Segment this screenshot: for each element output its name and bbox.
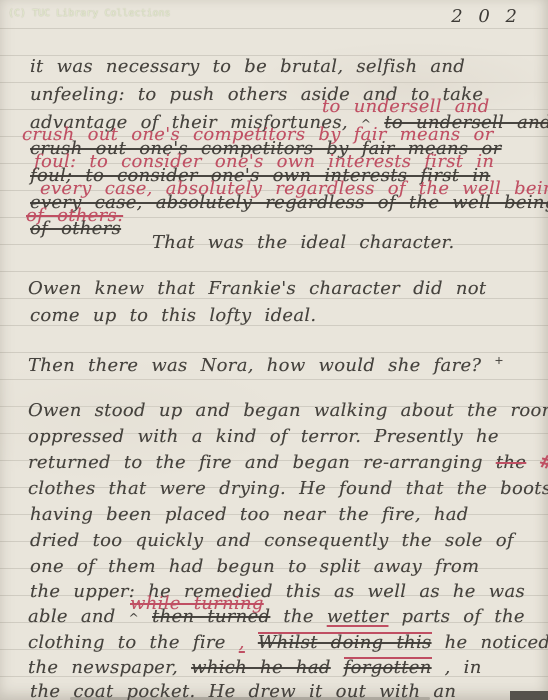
manuscript-line: the upper: he remedied this as well as h… (30, 581, 525, 602)
text-segment: + (494, 354, 504, 367)
text-segment: ^ (129, 611, 139, 625)
manuscript-line: Owen stood up and began walking about th… (28, 400, 548, 421)
text-segment: dried too quickly and consequently the s… (30, 530, 514, 551)
manuscript-line: having been placed too near the fire, ha… (30, 504, 469, 525)
text-segment: clothes that were drying. He found that … (28, 478, 548, 499)
text-segment: which he had (191, 657, 331, 678)
manuscript-line: returned to the fire and began re-arrang… (28, 452, 548, 473)
text-segment: of others (30, 218, 121, 239)
text-segment: Owen knew that Frankie's character did n… (28, 278, 486, 299)
text-segment: wetter (327, 606, 389, 627)
text-segment: Then there was Nora, how would she fare? (28, 355, 481, 376)
text-segment: oppressed with a kind of terror. Present… (28, 426, 499, 447)
text-segment: Owen stood up and began walking about th… (28, 400, 548, 421)
manuscript-page: (C) TUC Library Collections 2 0 2 it was… (0, 0, 548, 700)
text-segment: returned to the fire and began re-arrang… (28, 452, 483, 473)
text-segment: the newspaper, (28, 657, 178, 678)
manuscript-line: Then there was Nora, how would she fare?… (28, 350, 504, 376)
scan-corner-dark (510, 691, 548, 700)
text-segment: the upper: he remedied this as well as h… (30, 581, 525, 602)
manuscript-line: That was the ideal character. (152, 232, 454, 253)
text-segment: parts of the (401, 606, 524, 627)
manuscript-line: clothes that were drying. He found that … (28, 478, 548, 499)
manuscript-line: come up to this lofty ideal. (30, 305, 316, 326)
text-segment: Whilst doing this (258, 632, 432, 653)
text-segment: , in (445, 657, 482, 678)
text-segment: he noticed (445, 632, 548, 653)
text-segment: the (283, 606, 313, 627)
text-segment: come up to this lofty ideal. (30, 305, 316, 326)
text-segment: it was necessary to be brutal, selfish a… (30, 56, 465, 77)
text-segment: one of them had begun to split away from (30, 556, 479, 577)
manuscript-line: to undersell and (322, 96, 490, 117)
text-segment: That was the ideal character. (152, 232, 454, 253)
text-segment: clothing to the fire (28, 632, 226, 653)
manuscript-line: Owen knew that Frankie's character did n… (28, 278, 486, 299)
text-segment: able and (28, 606, 116, 627)
manuscript-line: it was necessary to be brutal, selfish a… (30, 56, 465, 77)
manuscript-line: the newspaper, which he had forgotten , … (28, 657, 482, 678)
text-segment: the (496, 452, 526, 473)
manuscript-line: oppressed with a kind of terror. Present… (28, 426, 499, 447)
manuscript-line: of others (30, 218, 121, 239)
manuscript-line: one of them had begun to split away from (30, 556, 479, 577)
manuscript-line: able and ^ then turned the wetter parts … (28, 606, 525, 629)
text-segment: , (239, 632, 245, 653)
manuscript-line: clothing to the fire , Whilst doing this… (28, 632, 548, 653)
page-number: 2 0 2 (451, 6, 522, 27)
text-segment: having been placed too near the fire, ha… (30, 504, 469, 525)
text-segment: then turned (152, 606, 270, 627)
text-segment: # (537, 451, 548, 475)
text-segment: forgotten (344, 657, 432, 678)
copyright-watermark: (C) TUC Library Collections (8, 8, 171, 19)
manuscript-line: dried too quickly and consequently the s… (30, 530, 514, 551)
text-segment: to undersell and (322, 96, 490, 117)
